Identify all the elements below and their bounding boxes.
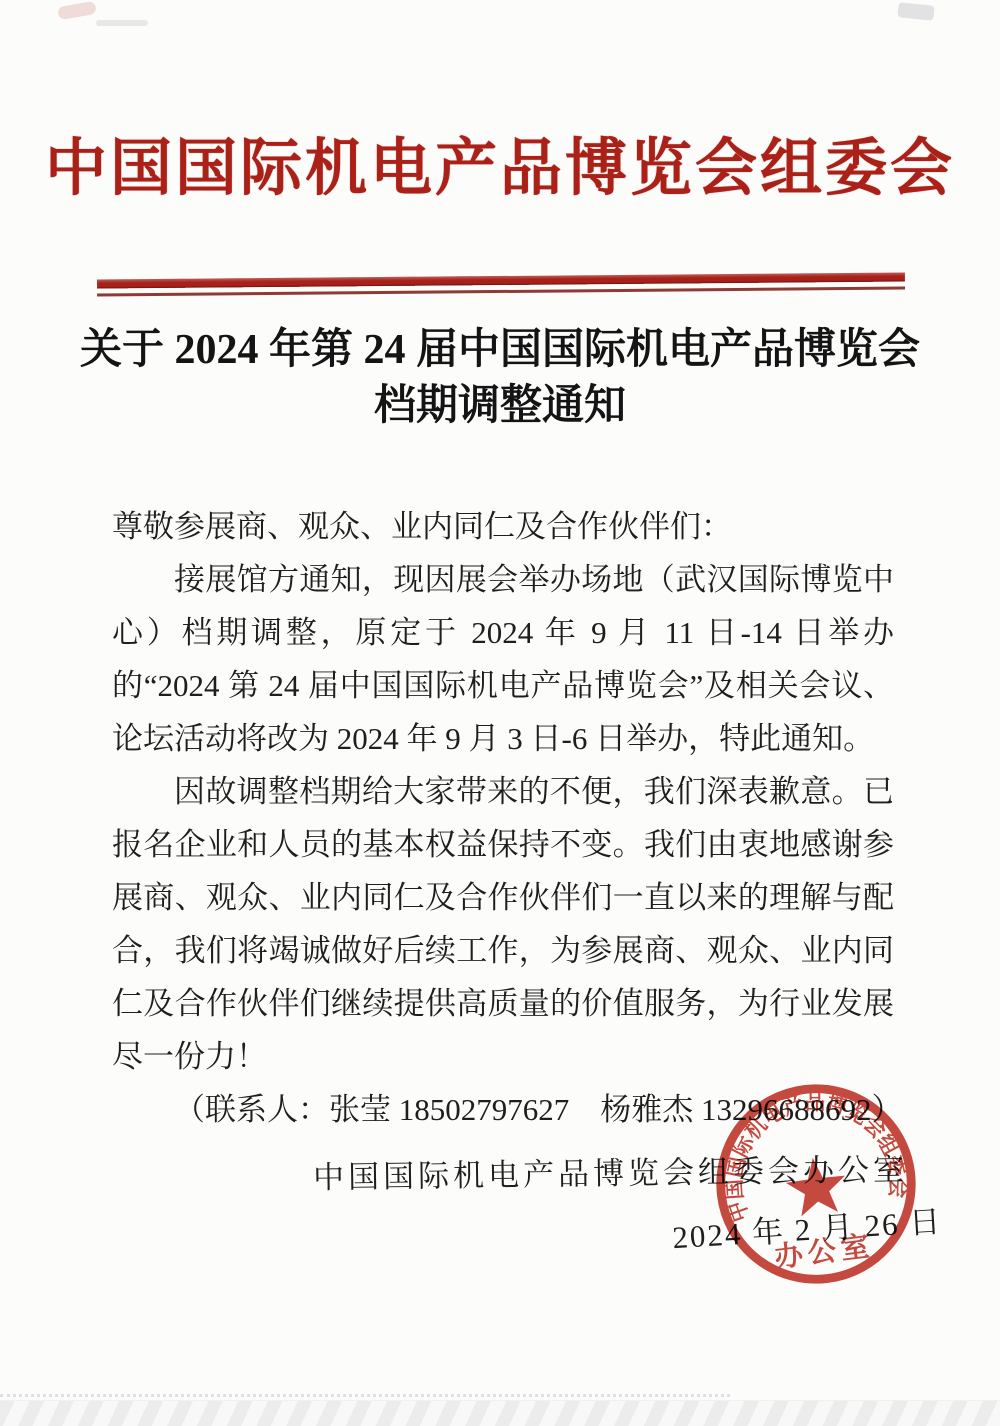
notice-title: 关于 2024 年第 24 届中国国际机电产品博览会 档期调整通知 — [50, 322, 950, 434]
signature-line: 中国国际机电产品博览会组委会办公室 — [313, 1144, 909, 1197]
notice-title-line2: 档期调整通知 — [50, 378, 950, 434]
greeting-line: 尊敬参展商、观众、业内同仁及合作伙伴们： — [112, 500, 894, 553]
body-paragraph: 因故调整档期给大家带来的不便，我们深表歉意。已报名企业和人员的基本权益保持不变。… — [112, 765, 894, 1083]
letterhead-divider — [97, 272, 905, 296]
notice-title-line1: 关于 2024 年第 24 届中国国际机电产品博览会 — [50, 322, 950, 378]
date-line: 2024 年 2 月 26 日 — [671, 1196, 943, 1257]
letterhead-title: 中国国际机电产品博览会组委会 — [0, 118, 1000, 207]
scanned-notice-page: 中国国际机电产品博览会组委会 关于 2024 年第 24 届中国国际机电产品博览… — [0, 0, 1000, 1426]
divider-thin-line — [97, 286, 905, 296]
notice-body: 尊敬参展商、观众、业内同仁及合作伙伴们： 接展馆方通知，现因展会举办场地（武汉国… — [112, 500, 894, 1136]
scan-artifact — [57, 1, 97, 20]
scan-artifact — [96, 20, 148, 26]
divider-thick-line — [97, 272, 905, 288]
scan-artifact-line — [0, 1394, 730, 1397]
body-paragraph: 接展馆方通知，现因展会举办场地（武汉国际博览中心）档期调整，原定于 2024 年… — [112, 553, 894, 765]
contact-line: （联系人：张莹 18502797627 杨雅杰 13296688692） — [112, 1083, 894, 1136]
scan-artifact — [897, 2, 934, 21]
page-bottom-edge — [0, 1400, 1000, 1426]
